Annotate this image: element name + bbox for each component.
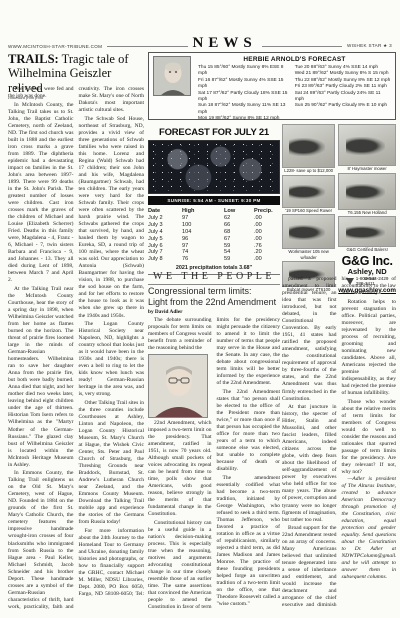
forecast-lines-right: Tue 20 88°/63° Sunny 4% SSE 14 mphWed 21…	[295, 65, 391, 123]
masthead-rule-right	[262, 46, 342, 47]
wtp-headline-line2: Light from the 22nd Amendment	[148, 297, 276, 307]
portrait-illustration	[154, 57, 191, 96]
wtp-headline: Congressional term limits: Light from th…	[148, 286, 280, 307]
swather-photo	[282, 175, 335, 208]
equipment-photo: '19 SP160 Speed Rower	[282, 175, 335, 214]
ad-left-column: L228- save up to $12,000 '19 SP160 Speed…	[282, 124, 335, 272]
trails-title-line1: Tragic tale of	[62, 52, 129, 66]
masthead-rule-left	[107, 46, 187, 47]
wtp-author-bio: —Adler is president of The Alturas Insti…	[342, 476, 397, 581]
herbie-arnold-portrait-photo	[153, 56, 191, 96]
disc-mower-photo	[338, 124, 396, 166]
herbie-forecast-box: HERBIE ARNOLD'S FORECAST Thu 15 85°/60° …	[148, 52, 396, 120]
ad-right-column: 8' Haymaster mower T6.155 New Holland G&…	[338, 124, 396, 272]
photo-caption: 8' Haymaster mower	[338, 166, 396, 172]
photo-caption: Workmaster 105 new w/loader	[282, 249, 335, 260]
wtp-section-title: WE THE PEOPLE	[148, 271, 280, 285]
equipment-photo: T6.155 New Holland	[338, 173, 396, 216]
equipment-photo: 8' Haymaster mower	[338, 124, 396, 172]
temperature-table-header: DateHighLowPrecip.	[148, 208, 280, 215]
wtp-lead-paragraph: The debate surrounding proposals for ter…	[148, 317, 212, 352]
temperature-table: DateHighLowPrecip. July 29762.00July 310…	[148, 208, 280, 275]
sunrise-sunset-bar: SUNRISE: 5:54 AM - SUNSET: 9:30 PM	[148, 196, 280, 205]
us-temperature-map	[148, 140, 280, 194]
equipment-photo: Workmaster 105 new w/loader	[282, 214, 335, 260]
forecast-lines-left: Thu 15 85°/60° Mostly Sunny 8% ESE 8 mph…	[198, 65, 290, 123]
forecast-july21-title: FORECAST FOR JULY 21	[148, 127, 280, 138]
david-adler-portrait-photo	[148, 354, 208, 418]
portrait-illustration	[149, 355, 208, 418]
photo-caption: '19 SP160 Speed Rower	[282, 208, 335, 214]
forecast-box-title: HERBIE ARNOLD'S FORECAST	[198, 56, 391, 65]
gg-city: Ashley, ND	[338, 267, 396, 276]
baler-photo	[338, 216, 396, 247]
wtp-article-text: The debate surrounding proposals for ter…	[148, 317, 280, 612]
trails-kicker: TRAILS:	[8, 52, 59, 66]
masthead-site-url: WWW.MCINTOSH-STAR-TRIBUNE.COM	[8, 44, 102, 49]
wtp-headline-line1: Congressional term limits:	[148, 286, 252, 296]
masthead-page-label: WISHEK STAR ★ 3	[347, 43, 392, 49]
temperature-table-rows: July 29762.00July 310066.00July 410468.0…	[148, 215, 280, 263]
photo-caption: T6.155 New Holland	[338, 210, 396, 216]
photo-caption: G&G Certified Balers!	[338, 247, 396, 253]
equipment-photo: G&G Certified Balers!	[338, 216, 396, 253]
gg-equipment-ad: L228- save up to $12,000 '19 SP160 Speed…	[282, 124, 396, 272]
photo-caption: L228- save up to $12,000	[282, 168, 335, 174]
wtp-byline: by David Adler	[148, 309, 280, 315]
tractor-loader-photo	[282, 214, 335, 249]
new-holland-tractor-photo	[338, 173, 396, 210]
gg-company-name: G&G Inc.	[338, 255, 396, 267]
track-loader-photo	[282, 124, 335, 168]
trails-paragraphs: The workers were fed and the job was don…	[8, 86, 144, 612]
trails-article-text: The workers were fed and the job was don…	[8, 86, 144, 612]
newspaper-page: WWW.MCINTOSH-STAR-TRIBUNE.COM NEWS JULY …	[0, 0, 400, 618]
wtp-article-continuation: passed a proposed amendment to limit pre…	[282, 276, 396, 612]
section-title: NEWS	[193, 36, 257, 51]
equipment-photo: L228- save up to $12,000	[282, 124, 335, 174]
